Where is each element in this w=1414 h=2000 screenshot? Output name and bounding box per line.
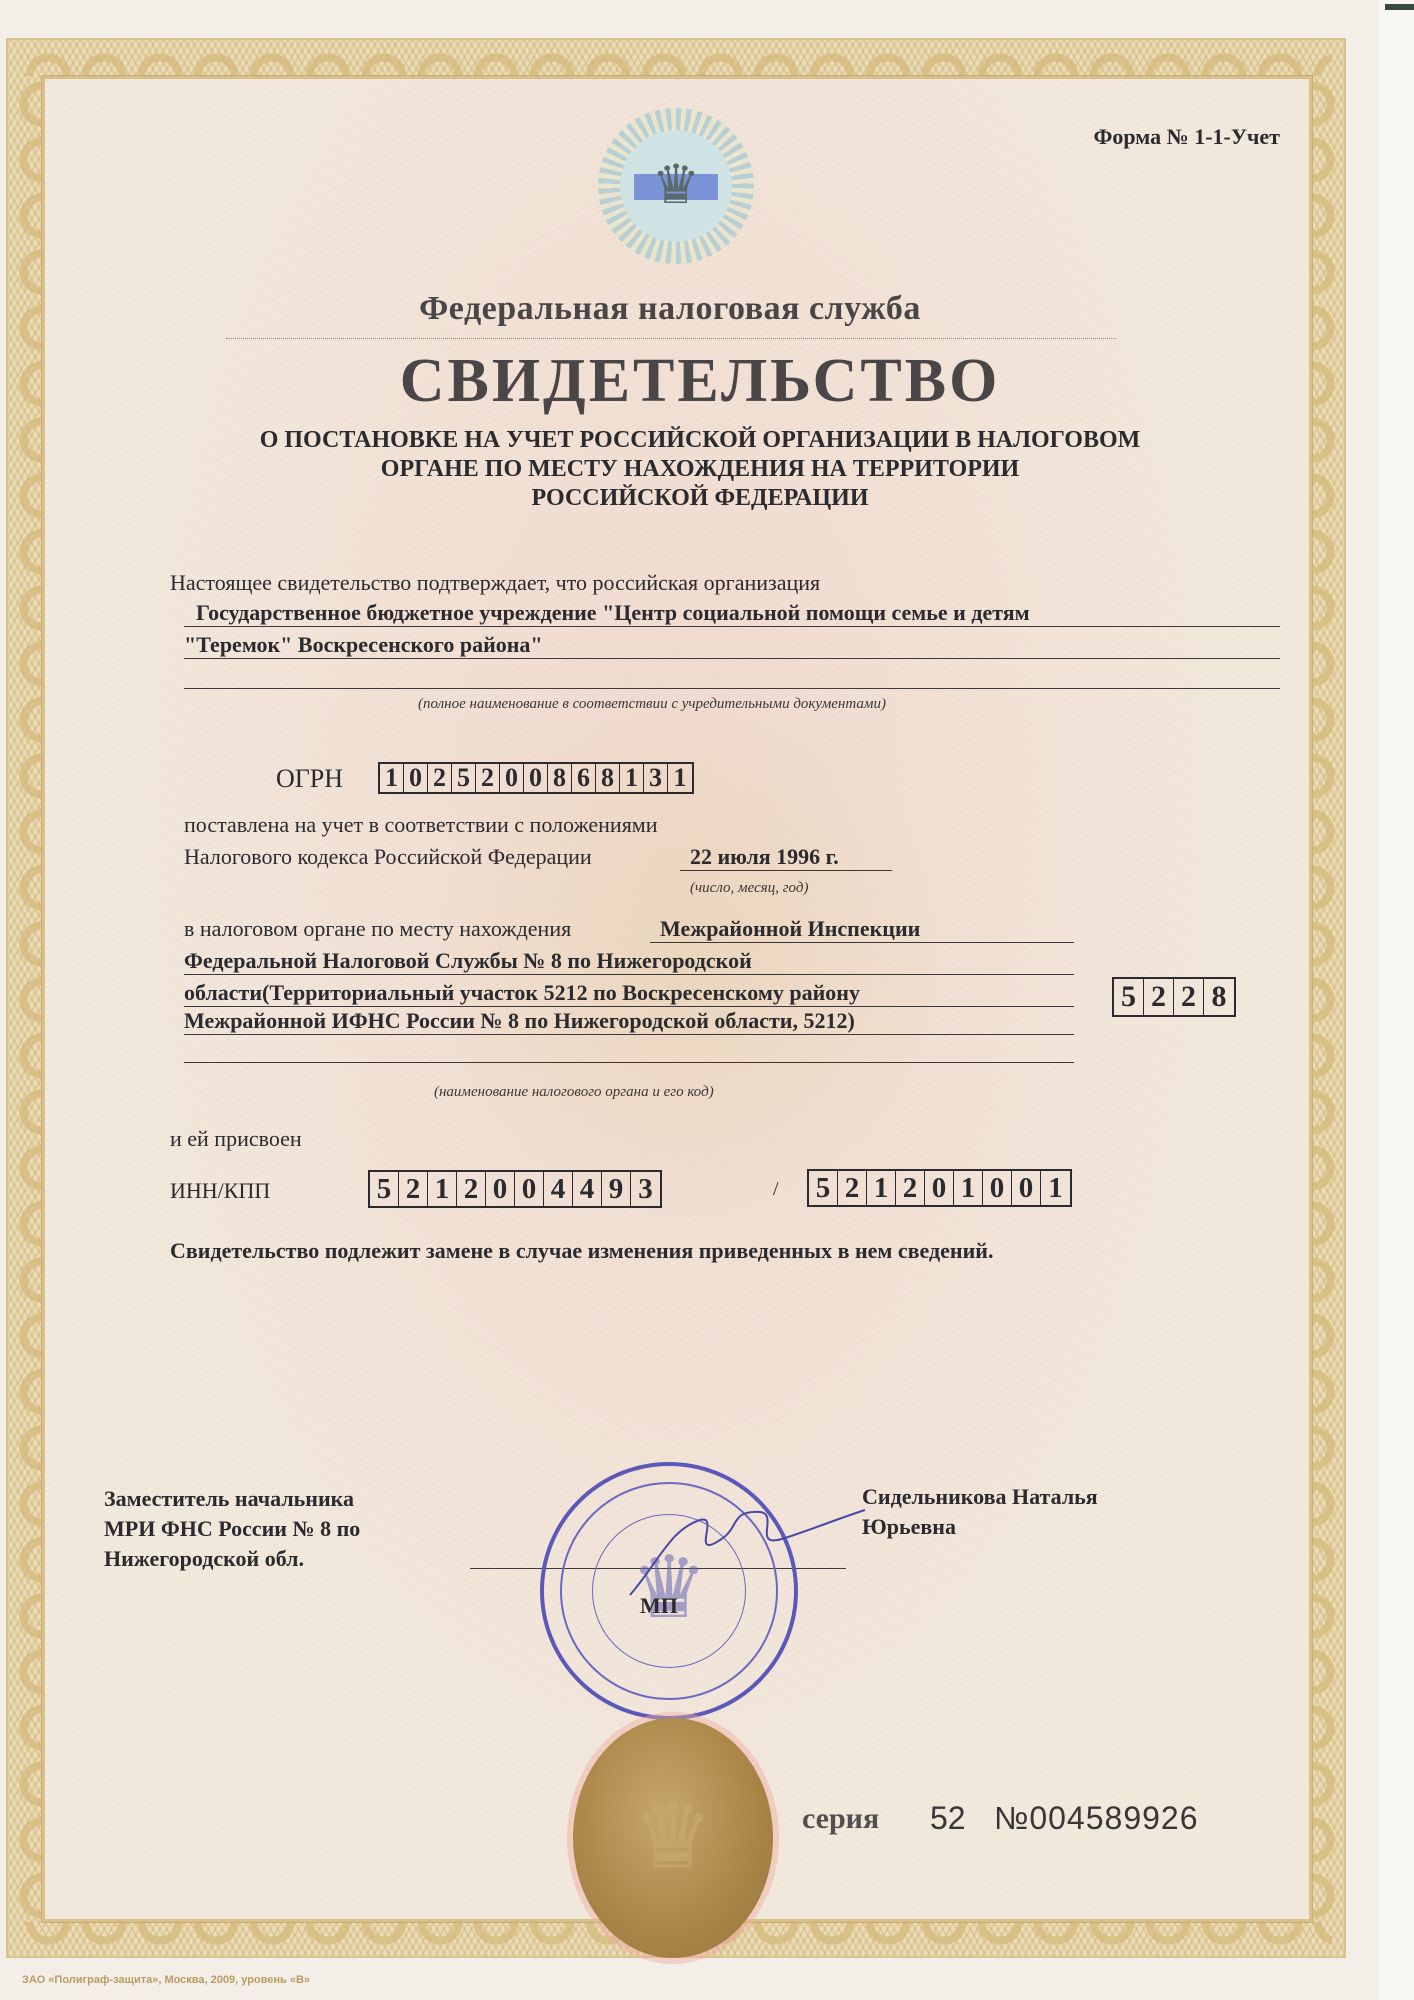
signatory-position: Заместитель начальника МРИ ФНС России № … [104, 1484, 360, 1574]
tax-authority-hint: (наименование налогового органа и его ко… [434, 1084, 714, 1101]
russian-eagle-hologram-icon: ♛ [598, 108, 754, 264]
inn-digit: 2 [399, 1172, 428, 1206]
hologram-center: ♛ [620, 130, 732, 242]
document-title: СВИДЕТЕЛЬСТВО [200, 346, 1200, 417]
kpp-digit-cells: 521201001 [807, 1169, 1072, 1207]
inn-digit: 2 [457, 1172, 486, 1206]
assigned-intro: и ей присвоен [170, 1126, 302, 1152]
subtitle-line: ОРГАНЕ ПО МЕСТУ НАХОЖДЕНИЯ НА ТЕРРИТОРИИ [160, 455, 1240, 484]
field-underline [184, 626, 1280, 627]
scan-margin [1378, 0, 1414, 2000]
tax-authority-name-line: Федеральной Налоговой Службы № 8 по Ниже… [184, 948, 752, 974]
inn-digit: 4 [544, 1172, 573, 1206]
gold-foil-eagle-seal-icon: ♛ [573, 1718, 773, 1958]
guilloche-border-top [20, 44, 1332, 76]
ogrn-digit: 5 [452, 764, 476, 792]
kpp-digit: 5 [809, 1171, 838, 1205]
inn-digit: 9 [602, 1172, 631, 1206]
position-line: МРИ ФНС России № 8 по [104, 1514, 360, 1544]
organization-name-line: Государственное бюджетное учреждение "Це… [196, 600, 1030, 626]
registration-text: поставлена на учет в соответствии с поло… [184, 812, 658, 838]
tax-code-digit: 8 [1204, 979, 1234, 1015]
guilloche-border-left [10, 76, 42, 1922]
kpp-digit: 1 [867, 1171, 896, 1205]
inn-digit: 3 [631, 1172, 660, 1206]
kpp-digit: 2 [838, 1171, 867, 1205]
position-line: Заместитель начальника [104, 1484, 360, 1514]
tax-code-digit: 5 [1114, 979, 1144, 1015]
inn-digit: 0 [486, 1172, 515, 1206]
inn-digit: 1 [428, 1172, 457, 1206]
agency-divider [226, 338, 1116, 339]
subtitle-line: О ПОСТАНОВКЕ НА УЧЕТ РОССИЙСКОЙ ОРГАНИЗА… [160, 426, 1240, 455]
form-number: Форма № 1-1-Учет [1093, 124, 1280, 150]
kpp-digit: 1 [954, 1171, 983, 1205]
series-value: 52 [930, 1800, 966, 1837]
tax-code-digit: 2 [1174, 979, 1204, 1015]
inn-digit: 4 [573, 1172, 602, 1206]
registration-text: Налогового кодекса Российской Федерации [184, 844, 592, 870]
ogrn-digit: 2 [428, 764, 452, 792]
field-underline [184, 1006, 1074, 1007]
scan-edge-mark [1385, 4, 1414, 10]
field-underline [184, 1034, 1074, 1035]
kpp-digit: 0 [925, 1171, 954, 1205]
date-hint: (число, месяц, год) [690, 880, 808, 897]
tax-authority-name-line: Межрайонной ИФНС России № 8 по Нижегород… [184, 1008, 855, 1034]
inn-kpp-label: ИНН/КПП [170, 1178, 270, 1204]
ogrn-digit: 0 [524, 764, 548, 792]
ogrn-digit: 2 [476, 764, 500, 792]
printer-imprint: ЗАО «Полиграф-защита», Москва, 2009, уро… [22, 1974, 310, 1986]
field-underline [650, 942, 1074, 943]
ogrn-digit-cells: 1025200868131 [378, 762, 694, 794]
inn-digit: 0 [515, 1172, 544, 1206]
organization-name-line: "Теремок" Воскресенского района" [184, 632, 543, 658]
seal-placeholder-label: МП [640, 1593, 678, 1619]
kpp-digit: 2 [896, 1171, 925, 1205]
ogrn-digit: 0 [404, 764, 428, 792]
tax-authority-intro: в налоговом органе по месту нахождения [184, 916, 571, 942]
guilloche-border-right [1312, 76, 1344, 1922]
registration-date: 22 июля 1996 г. [690, 844, 839, 870]
ogrn-label: ОГРН [276, 764, 343, 794]
ogrn-digit: 0 [500, 764, 524, 792]
inn-digit: 5 [370, 1172, 399, 1206]
ogrn-digit: 8 [548, 764, 572, 792]
tax-authority-name-line: Межрайонной Инспекции [660, 916, 920, 942]
signatory-name: Сидельникова Наталья Юрьевна [862, 1482, 1098, 1542]
double-headed-eagle-icon: ♛ [650, 148, 702, 222]
inn-digit-cells: 5212004493 [368, 1170, 662, 1208]
field-underline [680, 870, 892, 871]
ogrn-digit: 1 [380, 764, 404, 792]
kpp-digit: 0 [1012, 1171, 1041, 1205]
kpp-digit: 0 [983, 1171, 1012, 1205]
position-line: Нижегородской обл. [104, 1544, 360, 1574]
ogrn-digit: 8 [596, 764, 620, 792]
tax-code-digit: 2 [1144, 979, 1174, 1015]
ogrn-digit: 6 [572, 764, 596, 792]
agency-name: Федеральная налоговая служба [220, 290, 1120, 328]
kpp-digit: 1 [1041, 1171, 1070, 1205]
field-underline [184, 1062, 1074, 1063]
ogrn-digit: 1 [620, 764, 644, 792]
field-underline [184, 688, 1280, 689]
tax-authority-name-line: области(Территориальный участок 5212 по … [184, 980, 860, 1006]
series-label: серия [802, 1802, 879, 1836]
ogrn-digit: 1 [668, 764, 692, 792]
ogrn-digit: 3 [644, 764, 668, 792]
tax-authority-code-cells: 5228 [1112, 977, 1236, 1017]
inn-kpp-separator: / [773, 1178, 779, 1201]
replacement-notice: Свидетельство подлежит замене в случае и… [170, 1238, 993, 1264]
embossed-eagle-icon: ♛ [613, 1778, 733, 1898]
name-line: Сидельникова Наталья [862, 1482, 1098, 1512]
document-subtitle: О ПОСТАНОВКЕ НА УЧЕТ РОССИЙСКОЙ ОРГАНИЗА… [160, 426, 1240, 513]
field-underline [184, 974, 1074, 975]
organization-intro: Настоящее свидетельство подтверждает, чт… [170, 570, 820, 596]
subtitle-line: РОССИЙСКОЙ ФЕДЕРАЦИИ [160, 484, 1240, 513]
organization-name-hint: (полное наименование в соответствии с уч… [418, 696, 886, 713]
field-underline [184, 658, 1280, 659]
name-line: Юрьевна [862, 1512, 1098, 1542]
serial-number: №004589926 [994, 1800, 1199, 1837]
